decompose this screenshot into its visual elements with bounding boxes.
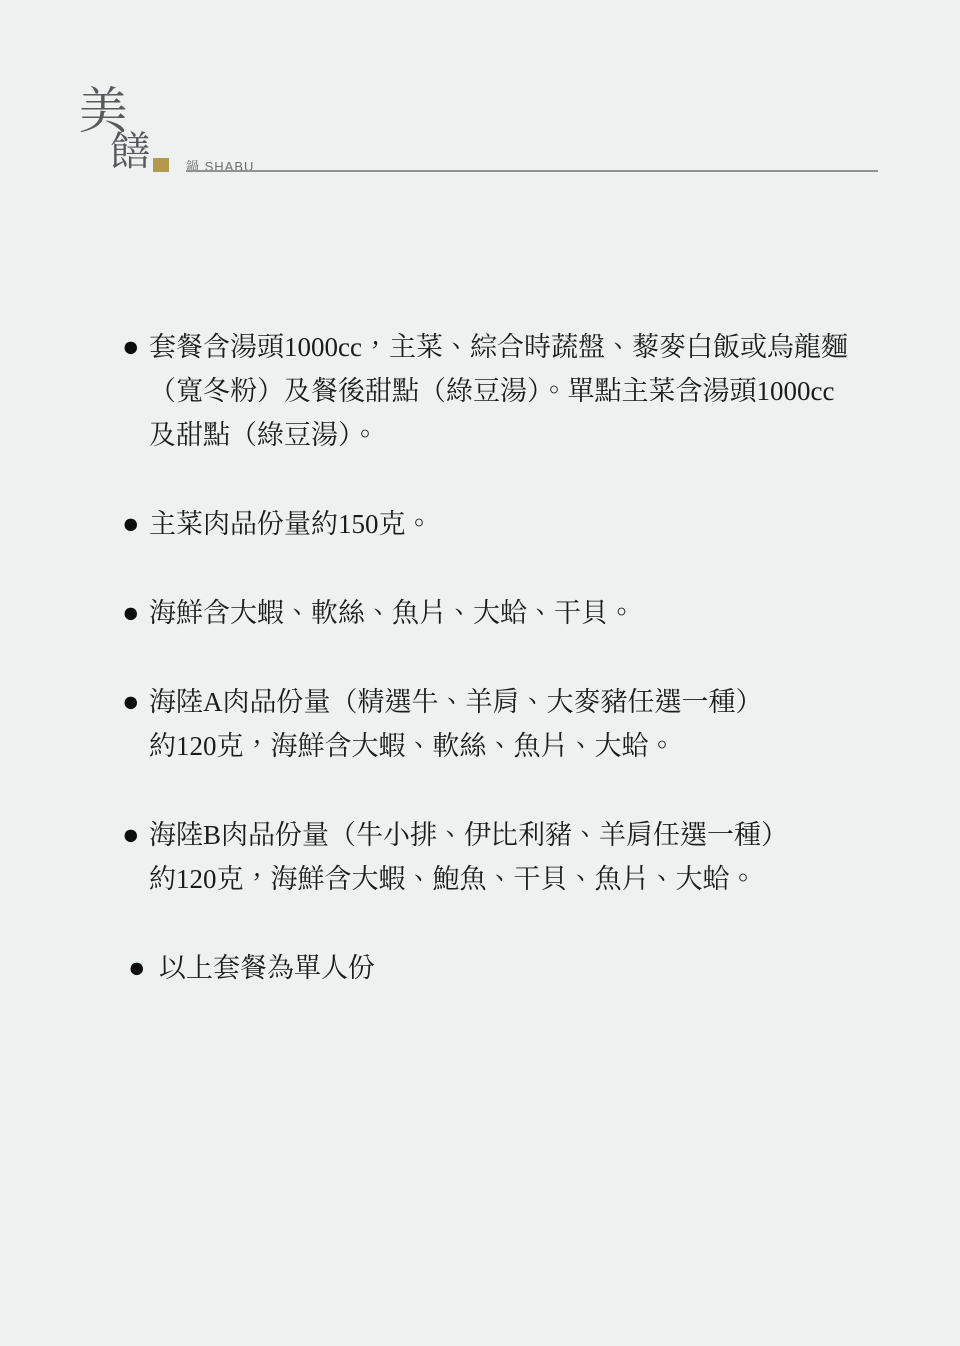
brand-character-bottom: 饍 [110,132,150,172]
note-item-surf-turf-a: ● 海陸A肉品份量（精選牛、羊肩、大麥豬任選一種） 約120克，海鮮含大蝦、軟絲… [122,680,882,768]
note-text: 海陸A肉品份量（精選牛、羊肩、大麥豬任選一種） 約120克，海鮮含大蝦、軟絲、魚… [149,680,882,768]
bullet-icon: ● [128,946,159,990]
note-item-main-portion: ● 主菜肉品份量約150克。 [122,502,882,546]
note-line: （寬冬粉）及餐後甜點（綠豆湯）。單點主菜含湯頭1000cc [149,369,882,413]
note-line: 海陸B肉品份量（牛小排、伊比利豬、羊肩任選一種） [149,813,882,857]
bullet-icon: ● [122,591,149,635]
note-line: 海陸A肉品份量（精選牛、羊肩、大麥豬任選一種） [149,680,882,724]
bullet-icon: ● [122,502,149,546]
brand-square-icon [153,158,169,172]
note-line: 海鮮含大蝦、軟絲、魚片、大蛤、干貝。 [149,591,882,635]
note-item-seafood-contents: ● 海鮮含大蝦、軟絲、魚片、大蛤、干貝。 [122,591,882,635]
note-text: 海鮮含大蝦、軟絲、魚片、大蛤、干貝。 [149,591,882,635]
note-text: 主菜肉品份量約150克。 [149,502,882,546]
note-text: 套餐含湯頭1000cc，主菜、綜合時蔬盤、藜麥白飯或烏龍麵 （寬冬粉）及餐後甜點… [149,325,882,457]
note-item-surf-turf-b: ● 海陸B肉品份量（牛小排、伊比利豬、羊肩任選一種） 約120克，海鮮含大蝦、鮑… [122,813,882,901]
menu-page: 美 饍 鍋 SHABU ● 套餐含湯頭1000cc，主菜、綜合時蔬盤、藜麥白飯或… [0,0,960,1346]
menu-notes-list: ● 套餐含湯頭1000cc，主菜、綜合時蔬盤、藜麥白飯或烏龍麵 （寬冬粉）及餐後… [122,325,882,1035]
bullet-icon: ● [122,813,149,857]
bullet-icon: ● [122,680,149,724]
note-text: 海陸B肉品份量（牛小排、伊比利豬、羊肩任選一種） 約120克，海鮮含大蝦、鮑魚、… [149,813,882,901]
header-divider [186,170,878,172]
note-line: 以上套餐為單人份 [159,946,882,990]
note-item-single-serving: ● 以上套餐為單人份 [122,946,882,990]
note-line: 套餐含湯頭1000cc，主菜、綜合時蔬盤、藜麥白飯或烏龍麵 [149,325,882,369]
note-line: 及甜點（綠豆湯）。 [149,413,882,457]
brand-subtitle: 鍋 SHABU [186,156,254,175]
bullet-icon: ● [122,325,149,369]
note-text: 以上套餐為單人份 [159,946,882,990]
note-line: 約120克，海鮮含大蝦、軟絲、魚片、大蛤。 [149,724,882,768]
note-item-set-contents: ● 套餐含湯頭1000cc，主菜、綜合時蔬盤、藜麥白飯或烏龍麵 （寬冬粉）及餐後… [122,325,882,457]
note-line: 主菜肉品份量約150克。 [149,502,882,546]
note-line: 約120克，海鮮含大蝦、鮑魚、干貝、魚片、大蛤。 [149,857,882,901]
